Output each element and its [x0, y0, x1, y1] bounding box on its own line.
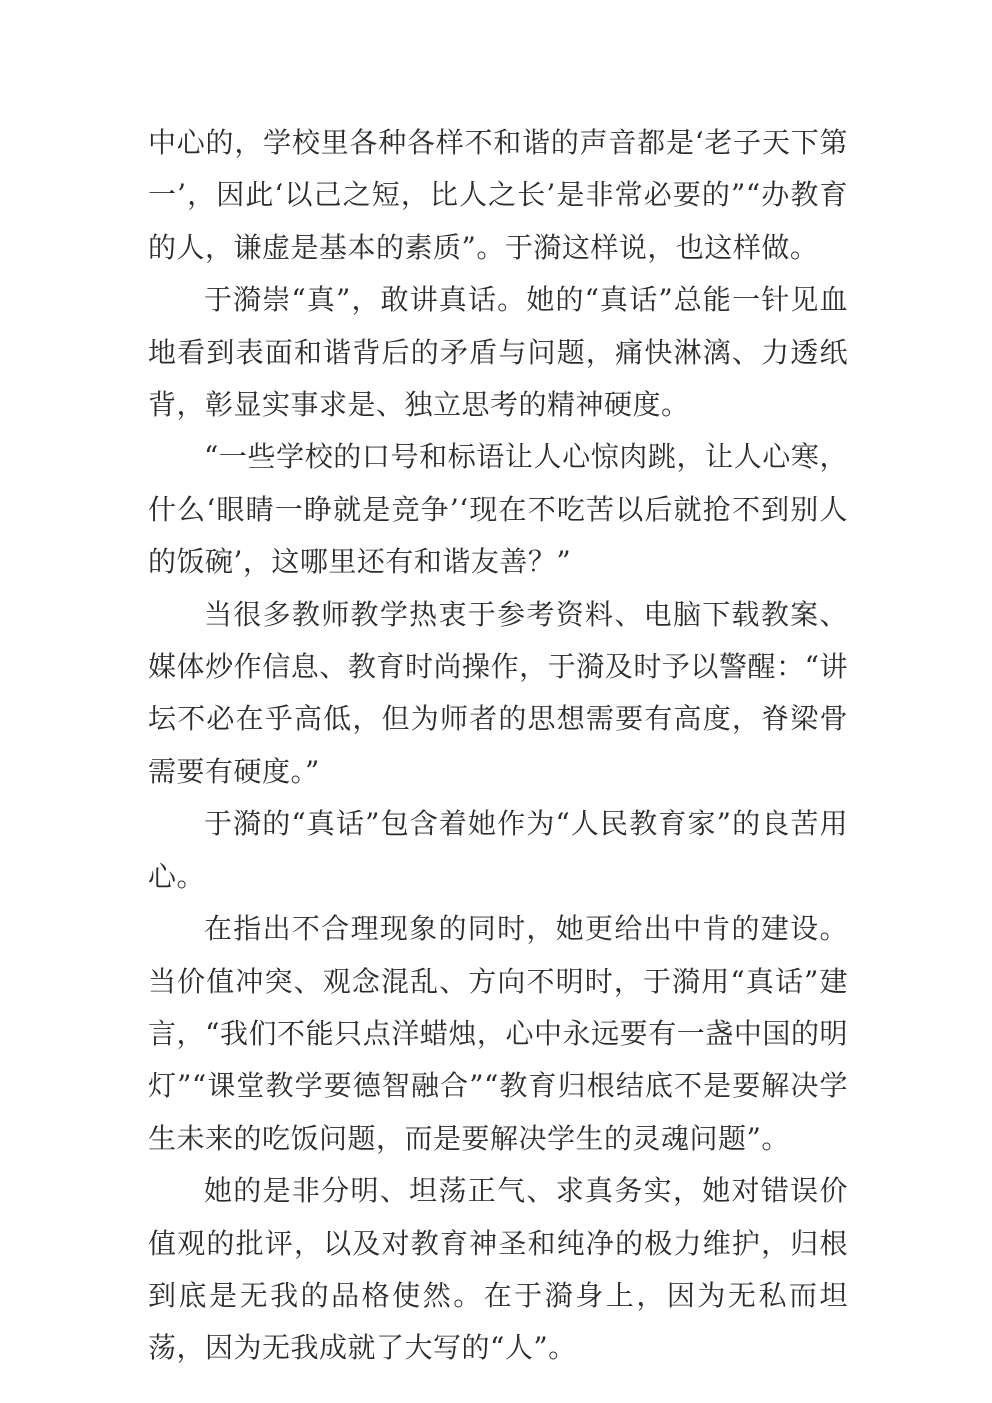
paragraph: 当很多教师教学热衷于参考资料、电脑下载教案、媒体炒作信息、教育时尚操作，于漪及时…	[148, 589, 848, 799]
document-page: 中心的，学校里各种各样不和谐的声音都是‘老子天下第一’，因此‘以己之短，比人之长…	[148, 117, 848, 1375]
paragraph: 在指出不合理现象的同时，她更给出中肯的建设。当价值冲突、观念混乱、方向不明时，于…	[148, 903, 848, 1165]
paragraph: “一些学校的口号和标语让人心惊肉跳，让人心寒，什么‘眼睛一睁就是竞争’‘现在不吃…	[148, 431, 848, 588]
document-body: 中心的，学校里各种各样不和谐的声音都是‘老子天下第一’，因此‘以己之短，比人之长…	[148, 117, 848, 1375]
paragraph: 中心的，学校里各种各样不和谐的声音都是‘老子天下第一’，因此‘以己之短，比人之长…	[148, 117, 848, 274]
paragraph: 于漪崇“真”，敢讲真话。她的“真话”总能一针见血地看到表面和谐背后的矛盾与问题，…	[148, 274, 848, 431]
paragraph: 于漪的“真话”包含着她作为“人民教育家”的良苦用心。	[148, 798, 848, 903]
document-page-background: { "page": { "background_color": "#ffffff…	[0, 0, 992, 1403]
paragraph: 她的是非分明、坦荡正气、求真务实，她对错误价值观的批评，以及对教育神圣和纯净的极…	[148, 1165, 848, 1375]
